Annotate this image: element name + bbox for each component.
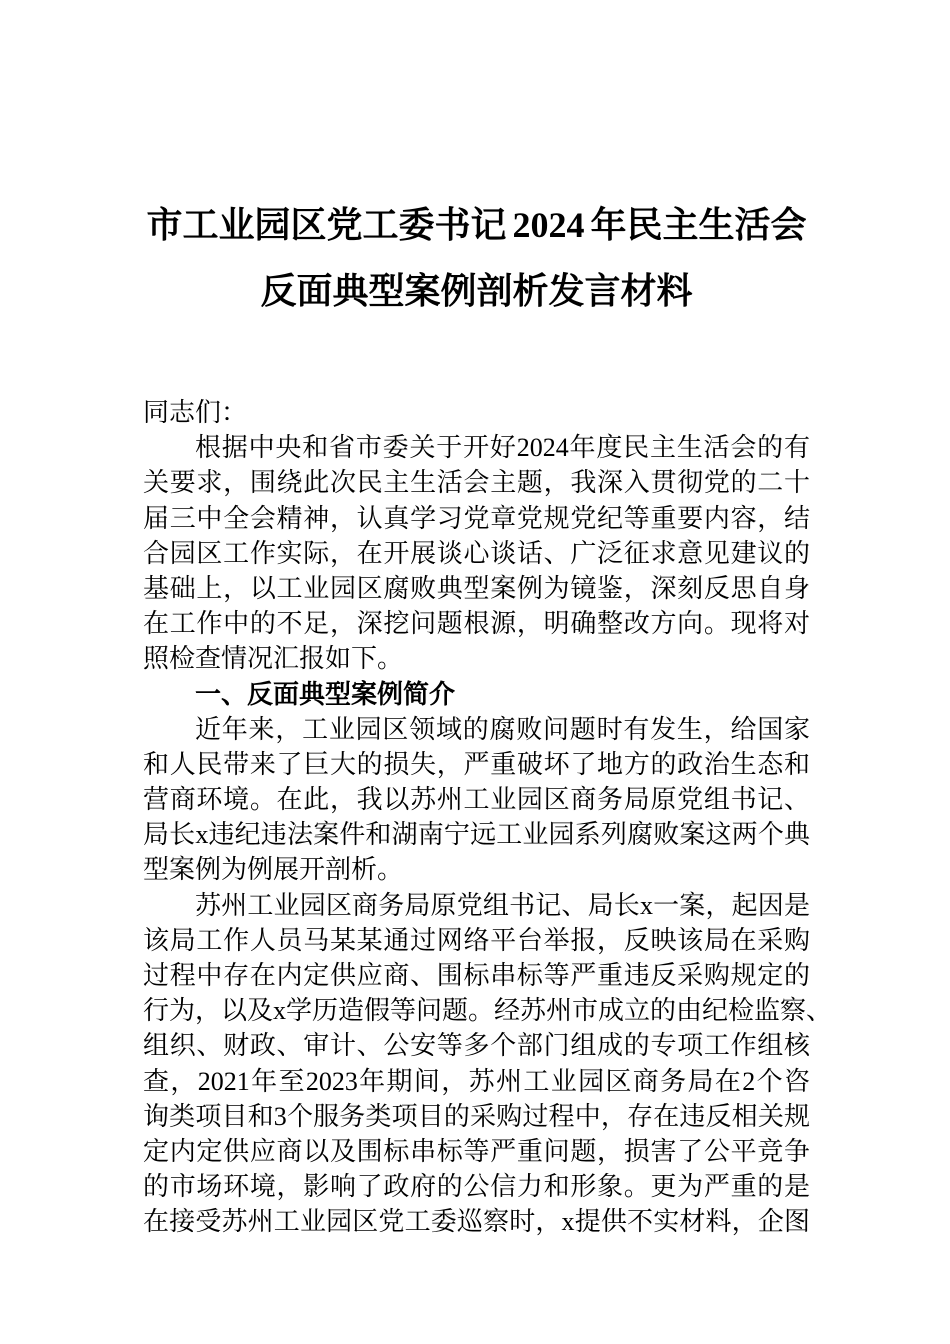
text-line: 在接受苏州工业园区党工委巡察时，x提供不实材料，企图: [143, 1204, 810, 1239]
text-line: 照检查情况汇报如下。: [143, 641, 810, 676]
text-line: 同志们：: [143, 395, 810, 430]
text-line: 的市场环境，影响了政府的公信力和形象。更为严重的是: [143, 1169, 810, 1204]
text-line: 和人民带来了巨大的损失，严重破坏了地方的政治生态和: [143, 747, 810, 782]
text-line: 局长x违纪违法案件和湖南宁远工业园系列腐败案这两个典: [143, 817, 810, 852]
text-line: 届三中全会精神，认真学习党章党规党纪等重要内容，结: [143, 501, 810, 536]
title-line-2: 反面典型案例剖析发言材料: [143, 258, 810, 324]
title-year-number: 2024: [507, 205, 591, 245]
document-title: 市工业园区党工委书记2024年民主生活会 反面典型案例剖析发言材料: [143, 192, 810, 324]
title-line-1-text: 市工业园区党工委书记: [146, 204, 506, 245]
section-heading: 一、反面典型案例简介: [143, 677, 810, 712]
text-line: 过程中存在内定供应商、围标串标等严重违反采购规定的: [143, 958, 810, 993]
text-line: 该局工作人员马某某通过网络平台举报，反映该局在采购: [143, 923, 810, 958]
text-line: 在工作中的不足，深挖问题根源，明确整改方向。现将对: [143, 606, 810, 641]
text-line: 型案例为例展开剖析。: [143, 852, 810, 887]
title-line-1: 市工业园区党工委书记2024年民主生活会: [143, 192, 810, 258]
text-line: 行为，以及x学历造假等问题。经苏州市成立的由纪检监察、: [143, 993, 810, 1028]
text-line: 营商环境。在此，我以苏州工业园区商务局原党组书记、: [143, 782, 810, 817]
text-line: 组织、财政、审计、公安等多个部门组成的专项工作组核: [143, 1028, 810, 1063]
text-line: 关要求，围绕此次民主生活会主题，我深入贯彻党的二十: [143, 465, 810, 500]
text-line: 近年来，工业园区领域的腐败问题时有发生，给国家: [143, 712, 810, 747]
text-line: 询类项目和3个服务类项目的采购过程中，存在违反相关规: [143, 1099, 810, 1134]
text-line: 合园区工作实际，在开展谈心谈话、广泛征求意见建议的: [143, 536, 810, 571]
document-body: 同志们：根据中央和省市委关于开好2024年度民主生活会的有关要求，围绕此次民主生…: [143, 395, 810, 1240]
title-line-1-suffix: 年民主生活会: [591, 204, 807, 245]
text-line: 查，2021年至2023年期间，苏州工业园区商务局在2个咨: [143, 1064, 810, 1099]
text-line: 苏州工业园区商务局原党组书记、局长x一案，起因是: [143, 888, 810, 923]
text-line: 根据中央和省市委关于开好2024年度民主生活会的有: [143, 430, 810, 465]
text-line: 基础上，以工业园区腐败典型案例为镜鉴，深刻反思自身: [143, 571, 810, 606]
text-line: 定内定供应商以及围标串标等严重问题，损害了公平竞争: [143, 1134, 810, 1169]
document-page: 市工业园区党工委书记2024年民主生活会 反面典型案例剖析发言材料 同志们：根据…: [0, 0, 950, 1344]
